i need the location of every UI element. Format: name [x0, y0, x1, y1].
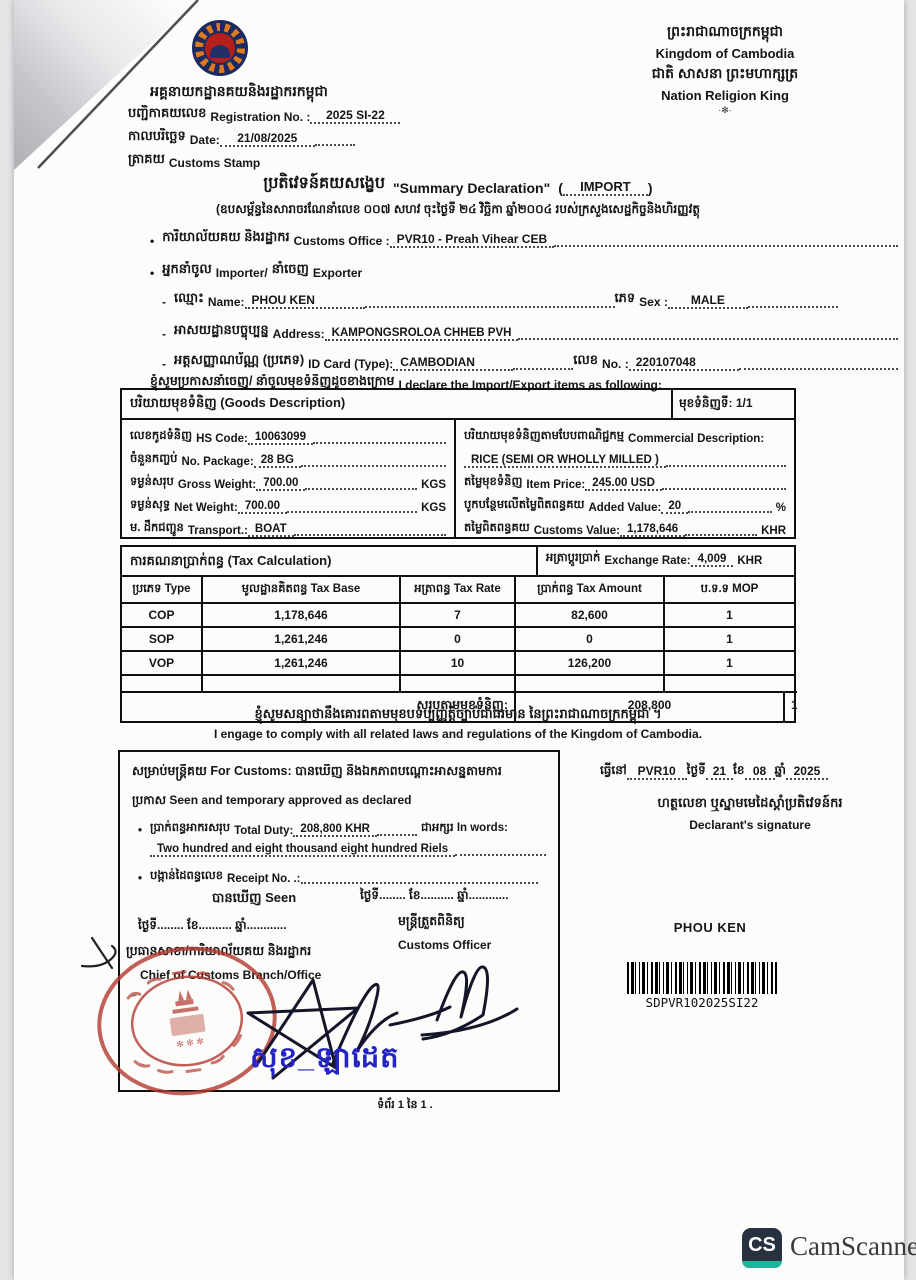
address-value: KAMPONGSROLOA CHHEB PVH	[325, 327, 519, 341]
tax-col-mop: ប.ទ.ទ MOP	[663, 577, 794, 602]
commercial-desc-label-kh: បរិយាយមុខទំនិញតាមបែបពាណិជ្ជកម្ម	[464, 428, 624, 445]
idno-label-kh: លេខ	[573, 352, 598, 371]
motto-divider-ornament: ·✻·	[560, 105, 890, 116]
importer-label-en: Importer/	[216, 266, 268, 280]
title-paren-close: )	[648, 180, 653, 196]
gross-weight-unit: KGS	[421, 479, 446, 491]
hs-label-kh: លេខកូដទំនិញ	[130, 428, 192, 445]
declarant-signature-label-en: Declarant's signature	[600, 818, 900, 832]
net-weight-label-en: Net Weight:	[174, 502, 238, 514]
tax-col-rate: អត្រាពន្ធ Tax Rate	[399, 577, 514, 602]
for-customs-line1: សម្រាប់មន្ត្រីគយ For Customs: បានឃើញ និង…	[132, 764, 552, 782]
item-price-label-en: Item Price:	[526, 479, 585, 491]
camscanner-badge-text: CS	[748, 1234, 776, 1257]
customs-office-label-kh: ការិយាល័យគយ និងរដ្ឋាករ	[162, 229, 289, 248]
name-value: PHOU KEN	[245, 293, 365, 309]
name-label-kh: ឈ្មោះ	[174, 290, 204, 309]
kingdom-en: Kingdom of Cambodia	[560, 46, 890, 61]
added-value-label-kh: បូកបន្ថែមលើតម្លៃពិតពន្ធគយ	[464, 497, 584, 514]
declaration-type-value: IMPORT	[563, 179, 648, 196]
customs-value-unit: KHR	[761, 525, 786, 537]
engagement-kh: ខ្ញុំសូមសន្យាថានឹងគោរពតាមមុខបទប្បញ្ញត្តិ…	[58, 706, 858, 725]
day-value: 21	[706, 764, 733, 780]
dash-icon: -	[162, 327, 166, 341]
net-weight-unit: KGS	[421, 502, 446, 514]
registration-value: 2025 SI-22	[310, 108, 400, 124]
month-label-kh: ខែ	[733, 762, 744, 780]
engagement-en: I engage to comply with all related laws…	[58, 727, 858, 741]
bullet-icon: •	[150, 266, 154, 280]
exporter-label-kh: នាំចេញ	[272, 261, 309, 280]
customs-office-label-en: Customs Office :	[294, 234, 390, 248]
tax-vop-amount: 126,200	[514, 650, 663, 674]
sex-label-en: Sex :	[639, 295, 668, 309]
customs-stamp-label-kh: ត្រាគយ	[128, 151, 165, 170]
exporter-label-en: Exporter	[313, 266, 362, 280]
tax-sop-type: SOP	[122, 626, 201, 650]
tax-vop-mop: 1	[663, 650, 794, 674]
tax-row-vop: VOP 1,261,246 10 126,200 1	[122, 650, 794, 674]
sex-label-kh: ភេទ	[615, 290, 636, 309]
customs-office-value: PVR10 - Preah Vihear CEB	[390, 232, 555, 248]
exchange-rate-value: 4,009	[691, 553, 734, 567]
tax-row-cop: COP 1,178,646 7 82,600 1	[122, 602, 794, 626]
exchange-rate-label-en: Exchange Rate:	[604, 555, 690, 567]
doc-title-en: "Summary Declaration"	[393, 180, 550, 196]
name-label-en: Name:	[208, 295, 245, 309]
date-label-kh: កាលបរិច្ឆេទ	[128, 128, 186, 147]
transport-label-kh: ម. ដឹកជញ្ជូន	[130, 520, 184, 537]
day-label-kh: ថ្ងៃទី	[687, 762, 706, 780]
tax-sop-base: 1,261,246	[201, 626, 399, 650]
for-customs-line2: ប្រកាស Seen and temporary approved as de…	[132, 792, 552, 810]
seen-label: បានឃើញ Seen	[212, 890, 296, 909]
year-value: 2025	[786, 764, 828, 780]
year-label-kh: ឆ្នាំ	[775, 762, 786, 780]
customs-value-label-kh: តម្លៃពិតពន្ធគយ	[464, 520, 530, 537]
camscanner-wordmark: CamScanner	[790, 1231, 916, 1262]
camscanner-logo-icon: CS	[742, 1228, 782, 1268]
item-price-label-kh: តម្លៃមុខទំនិញ	[464, 474, 522, 491]
address-label-kh: អាសយដ្ឋានបច្ចុប្បន្ន	[174, 322, 269, 341]
month-value: 08	[745, 764, 775, 780]
idno-value: 220107048	[629, 355, 739, 371]
handwritten-mark	[78, 928, 144, 976]
package-label-kh: ចំនួនកញ្ចប់	[130, 451, 177, 468]
doc-title-kh: ប្រតិវេទន៍គយសង្ខេប	[263, 172, 385, 196]
tax-vop-rate: 10	[399, 650, 514, 674]
made-at-label-kh: ធ្វើនៅ	[600, 762, 627, 780]
tax-cop-type: COP	[122, 602, 201, 626]
hs-value: 10063099	[248, 431, 313, 445]
logo-emblem-icon	[203, 31, 237, 65]
registration-label-kh: បញ្ជិកាគយលេខ	[128, 105, 206, 124]
total-duty-label-kh: ប្រាក់ពន្ធអាករសរុប	[150, 820, 230, 837]
package-label-en: No. Package:	[181, 456, 253, 468]
tax-col-amount: ប្រាក់ពន្ធ Tax Amount	[514, 577, 663, 602]
motto-kh: ជាតិ សាសនា ព្រះមហាក្សត្រ	[560, 64, 890, 85]
importer-label-kh: អ្នកនាំចូល	[162, 261, 212, 280]
hs-label-en: HS Code:	[196, 433, 248, 445]
idno-label-en: No. :	[602, 357, 629, 371]
sex-value: MALE	[668, 293, 748, 309]
receipt-label-en: Receipt No. .:	[227, 873, 300, 885]
item-price-value: 245.00 USD	[585, 477, 662, 491]
tax-vop-base: 1,261,246	[201, 650, 399, 674]
total-duty-label-en: Total Duty:	[234, 825, 293, 837]
customs-value-label-en: Customs Value:	[534, 525, 620, 537]
idcard-label-en: ID Card (Type):	[308, 357, 393, 371]
net-weight-label-kh: ទម្ងន់សុទ្ធ	[130, 497, 170, 514]
bullet-icon: •	[150, 234, 154, 248]
tax-vop-type: VOP	[122, 650, 201, 674]
receipt-label-kh: បង្កាន់ដៃពន្ធលេខ	[150, 868, 223, 885]
transport-value: BOAT	[248, 523, 294, 537]
added-value-unit: %	[776, 502, 786, 514]
item-no-value: 1/1	[736, 396, 753, 410]
bullet-icon: •	[138, 825, 142, 837]
tax-cop-mop: 1	[663, 602, 794, 626]
registration-label-en: Registration No. :	[210, 110, 310, 124]
exchange-rate-unit: KHR	[737, 555, 762, 567]
tax-sop-rate: 0	[399, 626, 514, 650]
added-value-label-en: Added Value:	[588, 502, 661, 514]
package-value: 28 BG	[254, 454, 301, 468]
dash-icon: -	[162, 357, 166, 371]
tax-row-sop: SOP 1,261,246 0 0 1	[122, 626, 794, 650]
dash-icon: -	[162, 295, 166, 309]
bullet-icon: •	[138, 873, 142, 885]
customs-value-value: 1,178,646	[620, 523, 685, 537]
tax-cop-base: 1,178,646	[201, 602, 399, 626]
customs-officer-label-en: Customs Officer	[398, 938, 491, 952]
total-duty-in-words: Two hundred and eight thousand eight hun…	[150, 843, 455, 857]
tax-calculation-table: ការគណនាប្រាក់ពន្ធ (Tax Calculation) អត្រ…	[120, 545, 796, 723]
tax-col-base: មូលដ្ឋានគិតពន្ធ Tax Base	[201, 577, 399, 602]
tax-header-en: (Tax Calculation)	[228, 553, 332, 568]
exchange-rate-label-kh: អត្រាប្តូរប្រាក់	[546, 550, 600, 567]
item-no-label: មុខទំនិញទី:	[679, 396, 733, 410]
motto-en: Nation Religion King	[560, 88, 890, 103]
doc-subtitle-kh: (ឧបសម្ព័ន្ធនៃសារាចរណែនាំលេខ ០០៧ សហវ ចុះថ…	[58, 201, 858, 219]
tax-sop-amount: 0	[514, 626, 663, 650]
department-name: អគ្គនាយកដ្ឋានគយនិងរដ្ឋាករកម្ពុជា	[104, 82, 374, 103]
transport-label-en: Transport.:	[188, 525, 248, 537]
commercial-desc-label-en: Commercial Description:	[628, 433, 764, 445]
date-label-en: Date:	[190, 133, 220, 147]
barcode-text: SDPVR102025SI22	[617, 995, 787, 1010]
declarant-signature-label-kh: ហត្ថលេខា ឬស្នាមមេដៃស្ដាំប្រតិវេទន៍ករ	[600, 795, 900, 814]
address-label-en: Address:	[273, 327, 325, 341]
declarant-name: PHOU KEN	[620, 920, 800, 935]
in-words-label: ជាអក្សរ In words:	[421, 820, 508, 837]
idcard-label-kh: អត្តសញ្ញាណប័ណ្ណ (ប្រភេទ)	[174, 352, 304, 371]
gross-weight-value: 700.00	[256, 477, 305, 491]
net-weight-value: 700.00	[238, 500, 287, 514]
blue-stamp-name: សុខ_ឡាដេត	[250, 1040, 400, 1082]
tax-col-type: ប្រភេទ Type	[122, 577, 201, 602]
tax-sop-mop: 1	[663, 626, 794, 650]
tax-cop-amount: 82,600	[514, 602, 663, 626]
officer-signature	[382, 965, 547, 1055]
page-number: ទំព័រ 1 នៃ 1 .	[345, 1098, 465, 1114]
svg-text:✻ ✻ ✻: ✻ ✻ ✻	[176, 1036, 205, 1050]
made-at-value: PVR10	[627, 764, 687, 780]
customs-stamp-label-en: Customs Stamp	[169, 156, 260, 170]
tax-row-empty	[122, 674, 794, 691]
gross-weight-label-kh: ទម្ងន់សរុប	[130, 474, 174, 491]
total-duty-value: 208,800 KHR	[293, 823, 377, 837]
gross-weight-label-en: Gross Weight:	[178, 479, 256, 491]
added-value-value: 20	[661, 500, 688, 514]
kingdom-kh: ព្រះរាជាណាចក្រកម្ពុជា	[560, 22, 890, 43]
customs-officer-label-kh: មន្ត្រីត្រួតពិនិត្យ	[398, 914, 465, 932]
tax-cop-rate: 7	[399, 602, 514, 626]
goods-header-en: (Goods Description)	[220, 395, 345, 410]
officer-date-blank: ថ្ងៃទី........ ខែ.......... ឆ្នាំ.......…	[360, 887, 509, 905]
barcode	[627, 962, 777, 994]
commercial-desc-value: RICE (SEMI OR WHOLLY MILLED )	[464, 454, 666, 468]
date-value: 21/08/2025	[220, 131, 315, 147]
tax-header-kh: ការគណនាប្រាក់ពន្ធ	[130, 553, 224, 568]
idcard-value: CAMBODIAN	[393, 355, 513, 371]
goods-header-kh: បរិយាយមុខទំនិញ	[130, 395, 217, 410]
customs-department-logo	[192, 20, 248, 76]
goods-description-table: បរិយាយមុខទំនិញ (Goods Description) មុខទំ…	[120, 388, 796, 539]
